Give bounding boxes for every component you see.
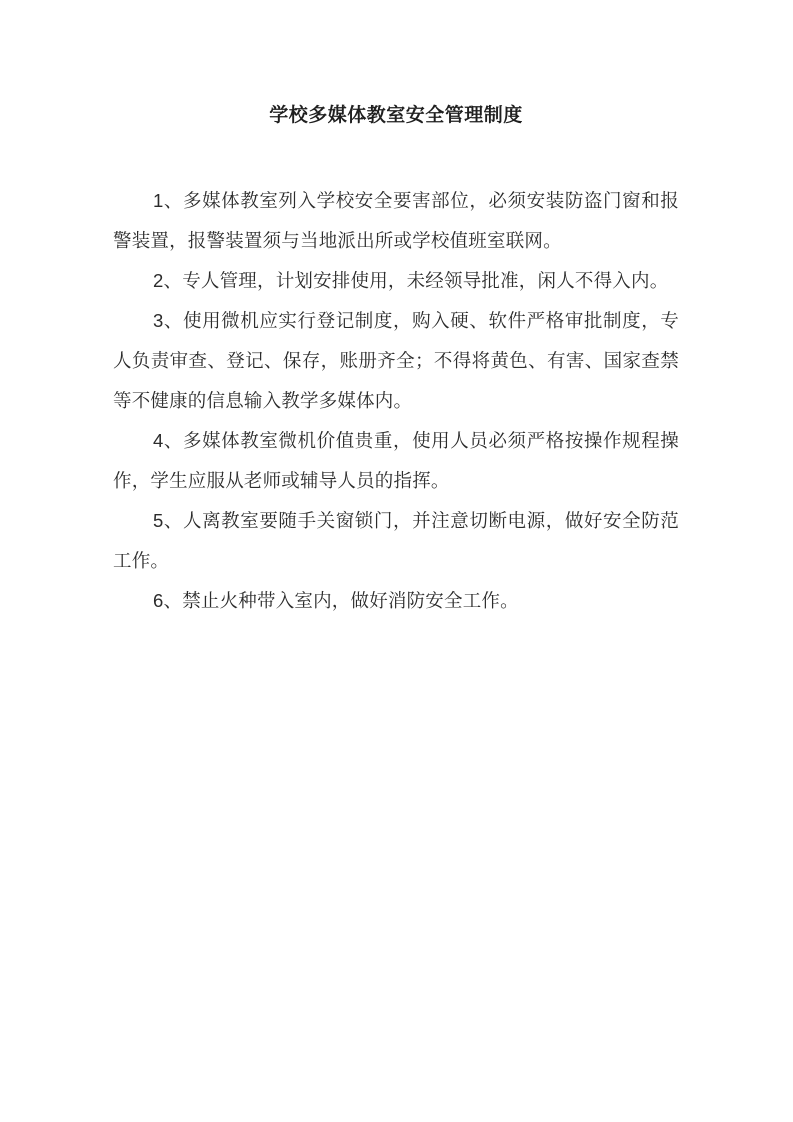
doc-paragraph-4: 4、多媒体教室微机价值贵重，使用人员必须严格按操作规程操作，学生应服从老师或辅导…: [113, 421, 679, 501]
doc-paragraph-6: 6、禁止火种带入室内，做好消防安全工作。: [113, 581, 679, 621]
document-page: 学校多媒体教室安全管理制度 1、多媒体教室列入学校安全要害部位，必须安装防盗门窗…: [0, 0, 793, 1122]
document-content: 学校多媒体教室安全管理制度 1、多媒体教室列入学校安全要害部位，必须安装防盗门窗…: [113, 96, 679, 621]
document-title: 学校多媒体教室安全管理制度: [113, 96, 679, 136]
doc-paragraph-2: 2、专人管理，计划安排使用，未经领导批准，闲人不得入内。: [113, 261, 679, 301]
doc-paragraph-5: 5、人离教室要随手关窗锁门，并注意切断电源，做好安全防范工作。: [113, 501, 679, 581]
doc-paragraph-1: 1、多媒体教室列入学校安全要害部位，必须安装防盗门窗和报警装置，报警装置须与当地…: [113, 181, 679, 261]
document-body: 1、多媒体教室列入学校安全要害部位，必须安装防盗门窗和报警装置，报警装置须与当地…: [113, 181, 679, 621]
doc-paragraph-3: 3、使用微机应实行登记制度，购入硬、软件严格审批制度，专人负责审查、登记、保存，…: [113, 301, 679, 421]
